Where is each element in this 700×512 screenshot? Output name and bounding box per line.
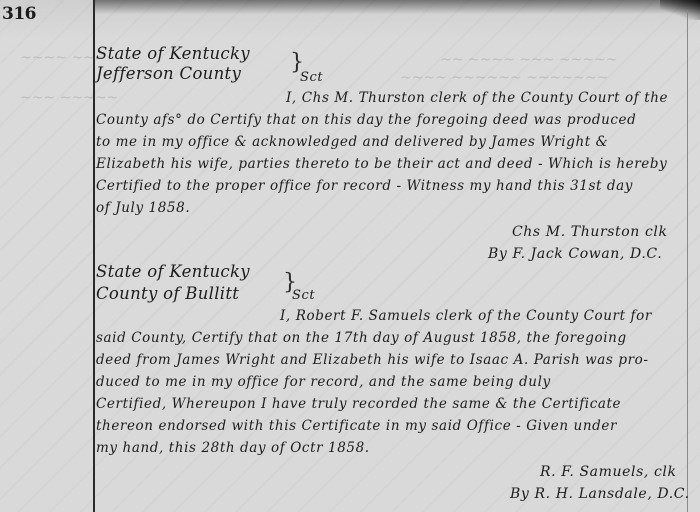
bleed-through-text: ~~~ ~~~~~ — [20, 90, 118, 106]
heading-county: Jefferson County — [96, 64, 241, 83]
margin-rule — [93, 0, 95, 512]
heading-state: State of Kentucky — [96, 44, 250, 63]
body-line: deed from James Wright and Elizabeth his… — [96, 352, 649, 368]
body-line: I, Chs M. Thurston clerk of the County C… — [286, 90, 668, 106]
deputy-signature: By R. H. Lansdale, D.C. — [510, 486, 690, 502]
page-number: 316 — [2, 4, 36, 24]
clerk-signature: Chs M. Thurston clk — [512, 224, 668, 240]
bleed-through-text: ~~ ~~~~ ~~~ ~~~~~ — [440, 52, 618, 68]
deputy-signature: By F. Jack Cowan, D.C. — [488, 246, 662, 262]
page-edge-shadow — [95, 0, 700, 14]
right-margin-rule — [687, 10, 688, 512]
heading-state: State of Kentucky — [96, 262, 250, 281]
body-line: of July 1858. — [96, 200, 190, 216]
heading-county: County of Bullitt — [96, 284, 239, 303]
body-line: my hand, this 28th day of Octr 1858. — [96, 440, 370, 456]
body-line: said County, Certify that on the 17th da… — [96, 330, 627, 346]
body-line: Certified to the proper office for recor… — [96, 178, 633, 194]
body-line: Elizabeth his wife, parties thereto to b… — [96, 156, 667, 172]
body-line: duced to me in my office for record, and… — [96, 374, 551, 390]
set-label: Sct — [300, 70, 323, 85]
body-line: thereon endorsed with this Certificate i… — [96, 418, 617, 434]
set-label: Sct — [292, 288, 315, 303]
body-line: County afs° do Certify that on this day … — [96, 112, 636, 128]
page-corner-shadow — [660, 0, 700, 20]
body-line: to me in my office & acknowledged and de… — [96, 134, 608, 150]
body-line: I, Robert F. Samuels clerk of the County… — [280, 308, 652, 324]
bleed-through-text: ~~~~ ~~~~~~ ~~~~~~~ — [400, 70, 608, 86]
body-line: Certified, Whereupon I have truly record… — [96, 396, 621, 412]
ledger-page: 316 ~~ ~~~~ ~~~ ~~~~~ ~~~~ ~~~~~~ ~~~~~~… — [0, 0, 700, 512]
bleed-through-text: ~~~~ ~~~ — [20, 50, 107, 66]
clerk-signature: R. F. Samuels, clk — [540, 464, 677, 480]
